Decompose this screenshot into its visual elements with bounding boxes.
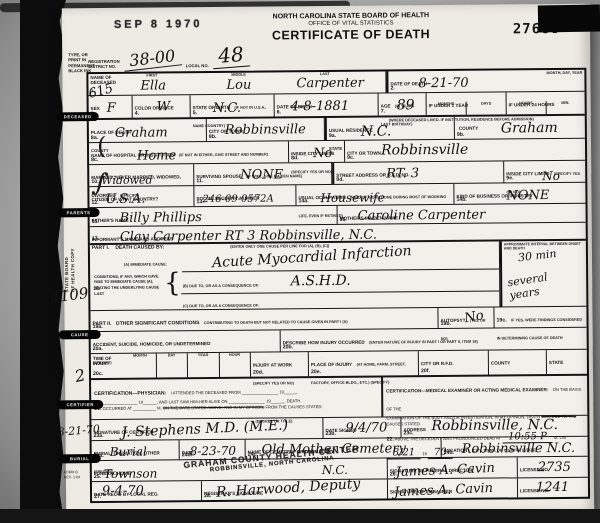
tab-parents: PARENTS <box>58 208 100 217</box>
field-num: 20b. <box>283 344 293 350</box>
field-sublabel: MONTH, DAY, YEAR <box>546 71 582 75</box>
field-part2-conditions: PART II. OTHER SIGNIFICANT CONDITIONS CO… <box>90 308 438 331</box>
field-date-received: DATE REC'D BY LOCAL REG. 27. 9-4-70 <box>92 481 202 501</box>
field-num: 8b. <box>209 134 217 140</box>
field-num: 23c. <box>403 430 413 436</box>
col-header-middle: MIDDLE <box>231 73 246 77</box>
field-date-of-death: DATE OF DEATH MONTH, DAY, YEAR 2. 8-21-7… <box>386 70 584 93</box>
registration-district-value: 38-00 <box>123 45 183 71</box>
hw-autopsy: No <box>463 308 485 326</box>
col-year: YEAR <box>188 353 220 377</box>
form-note-line2: REV. 1-69 <box>64 475 80 479</box>
under-1yr-columns: MONTHS DAYS <box>427 101 506 115</box>
field-residence-county: COUNTY 9b. Graham <box>455 116 585 139</box>
field-num: 7. <box>381 108 385 114</box>
hw-industry: NONE <box>506 188 549 203</box>
certification-physician: CERTIFICATION—PHYSICIAN: I ATTENDED THE … <box>91 378 383 420</box>
hw-date-signed: 9/4/70 <box>345 420 387 435</box>
field-mother-name: MOTHER'S MAIDEN NAME 16. Caroline Carpen… <box>338 204 586 224</box>
field-time-of-injury: TIME OF INJURY 20c. MONTH DAY YEAR HOUR <box>91 353 251 378</box>
margin-handwritten-4109: 4109 <box>49 284 89 307</box>
field-res-inside-city-limits: INSIDE CITY LIMITS (SPECIFY YES OR NO) 9… <box>504 161 585 183</box>
certificate-header: SEP 8 1970 REGISTRATION DISTRICT NO. 38-… <box>86 4 587 72</box>
field-occupation: USUAL OCCUPATION (KIND OF WORK DONE DURI… <box>296 184 454 205</box>
local-no-value: 48 <box>212 41 251 69</box>
field-injury-at-work: INJURY AT WORK (SPECIFY YES OR NO) 20d. <box>251 352 309 377</box>
field-num: 25. <box>94 474 101 480</box>
field-num: 14b. <box>456 197 466 203</box>
hw-funeral-director: James A. Cavin <box>396 461 496 480</box>
field-num: 27. <box>94 494 101 500</box>
field-sublabel: (ENTER NATURE OF INJURY IN PART I OR PAR… <box>369 340 478 345</box>
hw-first-name: Ella <box>140 78 166 93</box>
conditions-note: CONDITIONS, IF ANY, WHICH GAVE RISE TO I… <box>90 272 164 313</box>
field-street-address: STREET ADDRESS OR R.F.D. No. 9d. RT. 3 <box>332 161 504 184</box>
cert-me-title: CERTIFICATION—MEDICAL EXAMINER OR ACTING… <box>386 387 548 393</box>
field-injury-city: CITY OR R.F.D. 20f. <box>419 351 489 376</box>
hw-burial-type: Burial <box>110 445 147 459</box>
cert-physician-line1: I ATTENDED THE DECEASED FROM ___________… <box>171 389 298 395</box>
hw-mother: Caroline Carpenter <box>358 208 486 224</box>
field-num: 16. <box>340 217 347 223</box>
field-label: TIME OF INJURY <box>93 356 123 367</box>
part1-label: PART I. <box>92 246 109 252</box>
field-num: 15. <box>92 219 99 225</box>
field-accident-suicide-homicide: ACCIDENT, SUICIDE, HOMICIDE, OR UNDETERM… <box>91 330 281 353</box>
margin-instruction: TYPE, OR PRINT IN PERMANENT BLACK INK <box>68 52 98 73</box>
field-num: 28. <box>204 493 211 499</box>
field-cemetery-location: LOCATION (CITY, TOWN, OR COUNTY) (STATE)… <box>442 437 588 457</box>
field-sublabel: (IF NOT IN EITHER, GIVE STREET AND NUMBE… <box>179 153 268 158</box>
field-ssn: SOCIAL SECURITY NUMBER 13. 246-09-0572A <box>194 185 296 206</box>
field-if-under-1-year: IF UNDER 1 YEAR MONTHS DAYS <box>427 92 507 115</box>
hw-res-state: N.C. <box>361 123 392 139</box>
field-num: 24d. <box>444 450 454 456</box>
line-a-label: (a) IMMEDIATE CAUSE: <box>124 262 167 266</box>
field-if-under-24-hours: IF UNDER 24 HOURS HOURS MIN. <box>507 92 585 115</box>
field-date-of-birth: DATE OF BIRTH 6. 4-8-1881 <box>275 94 379 117</box>
registration-line: REGISTRATION DISTRICT NO. 38-00 LOCAL NO… <box>88 43 250 69</box>
col-days: DAYS <box>467 101 506 114</box>
hw-last-name: Carpenter <box>296 76 364 92</box>
field-num: 17. <box>92 236 99 242</box>
form-number-note: FORM B REV. 1-69 <box>64 470 80 479</box>
hw-race: W <box>157 99 171 114</box>
field-label: INJURY AT WORK <box>253 362 292 367</box>
col-min: MIN. <box>546 101 585 114</box>
field-num: 23b. <box>325 431 335 437</box>
form-note-line1: FORM B <box>64 470 78 474</box>
field-state-of-birth: STATE OF BIRTH (IF NOT IN U.S.A., NAME C… <box>191 94 275 117</box>
margin-mark-1: ( <box>97 132 107 160</box>
field-num: 20d. <box>253 370 263 376</box>
hw-pod-city: Robbinsville <box>225 122 306 138</box>
field-informant: INFORMANT'S NAME AND ADDRESS 17. Clay Ca… <box>90 223 586 243</box>
field-industry: KIND OF BUSINESS OR INDUSTRY 14b. NONE <box>454 183 585 204</box>
col-hours: HOURS <box>507 101 547 114</box>
field-name-of-deceased: NAME OF DECEASED 1. FIRST MIDDLE LAST El… <box>88 71 386 95</box>
col-day: DAY <box>156 353 188 377</box>
received-date-stamp: SEP 8 1970 <box>114 18 203 31</box>
field-num: 20a. <box>93 346 103 352</box>
field-surviving-spouse: SURVIVING SPOUSE (IF WIFE, GIVE MAIDEN N… <box>194 163 332 185</box>
col-header-first: FIRST <box>146 73 157 77</box>
field-place-of-death-county: PLACE OF DEATH COUNTY 8a. Graham <box>89 119 207 142</box>
cause-line-a: (a) IMMEDIATE CAUSE: Acute Myocardial In… <box>182 249 499 272</box>
hw-middle-name: Lou <box>226 78 251 93</box>
field-signature-of-certifier: SIGNATURE OF CERTIFIER (DEGREE OR TITLE)… <box>91 418 323 440</box>
hw-funeral-home-state: N.C. <box>322 463 348 477</box>
scanned-death-certificate: TYPE, OR PRINT IN PERMANENT BLACK INK 61… <box>0 0 600 523</box>
field-label: STATE <box>549 360 563 365</box>
field-num: 9b. <box>457 132 465 138</box>
tab-burial: BURIAL <box>59 454 101 463</box>
injury-time-columns: MONTH DAY YEAR HOUR <box>125 353 250 378</box>
line-b-label: (b) DUE TO, OR AS A CONSEQUENCE OF: <box>183 283 260 288</box>
field-autopsy: AUTOPSY? (YES OR NO) 19b. No <box>438 308 494 328</box>
tab-certifier: CERTIFIER <box>57 400 103 409</box>
field-num: 18. <box>93 286 100 292</box>
part2-header: OTHER SIGNIFICANT CONDITIONS <box>116 320 200 327</box>
hw-date-of-birth: 4-8-1881 <box>291 99 350 115</box>
hw-pod-county: Graham <box>115 125 168 140</box>
col-month: MONTH <box>125 354 157 378</box>
hw-res-city: Robbinsville <box>381 142 468 159</box>
field-num: 8d. <box>291 155 299 161</box>
field-embalmer-license: LICENSE NO. 1241 <box>518 478 588 498</box>
cause-lines-bc: (b) DUE TO, OR AS A CONSEQUENCE OF: A.S.… <box>181 269 500 312</box>
field-label: CITY OR R.F.D. <box>421 361 454 366</box>
book-binding-edge <box>20 0 66 523</box>
field-label: PLACE OF INJURY <box>311 362 352 367</box>
hw-citizen: U.S.A. <box>105 192 145 207</box>
brace-glyph: { <box>164 272 181 312</box>
field-num: 6. <box>277 109 281 115</box>
field-embalmer-signature: SIGNATURE OF EMBALMER James A. Cavin <box>388 478 518 498</box>
cert-physician-title: CERTIFICATION—PHYSICIAN: <box>94 390 166 397</box>
field-injury-county: COUNTY <box>489 350 547 375</box>
field-residence-city: CITY OR TOWN 9c. Robbinsville <box>345 139 585 162</box>
cert-physician-line3: 21. OCCURRED AT __________ M. ON THE DAT… <box>94 404 378 413</box>
field-race: COLOR OR RACE 4. W <box>133 95 191 118</box>
field-num: 20c. <box>93 371 103 377</box>
local-no-label: LOCAL NO. <box>186 63 209 68</box>
hw-state-of-birth: N.C. <box>213 101 241 116</box>
hw-father: Billy Phillips <box>120 210 202 226</box>
field-num: 20f. <box>421 368 430 374</box>
hw-director-license: 2735 <box>538 460 571 475</box>
under-24h-columns: HOURS MIN. <box>507 101 585 115</box>
field-place-of-death-city: CITY OR TOWN 8b. Robbinsville <box>207 118 325 141</box>
hw-res-inside-city: No <box>542 169 560 183</box>
hw-occupation: Housewife <box>320 191 384 206</box>
margin-handwritten-2: 2 <box>73 365 87 386</box>
field-label: COUNTY <box>459 126 478 131</box>
hw-interval-a: 30 min <box>517 247 557 264</box>
scan-bottom-shadow <box>0 509 600 523</box>
cause-line-b: (b) DUE TO, OR AS A CONSEQUENCE OF: A.S.… <box>181 269 500 294</box>
field-num: 9e. <box>506 175 513 181</box>
field-registrar-signature: REGISTRAR'S SIGNATURE 28. R. Harwood, De… <box>202 479 388 500</box>
field-num: 14a. <box>298 198 308 204</box>
tab-deceased: DECEASED <box>57 112 99 121</box>
hw-res-county: Graham <box>501 120 558 136</box>
field-funeral-director-signature: SIGNATURE OF FUNERAL DIRECTOR 26. James … <box>388 457 518 478</box>
field-findings-considered: 19c. IF YES, WERE FINDINGS CONSIDERED IN… <box>494 307 586 328</box>
field-father-name: FATHER'S NAME 15. Billy Phillips <box>90 206 338 226</box>
field-pod-inside-city-limits: INSIDE CITY LIMITS (SPECIFY YES OR NO) 8… <box>289 141 345 162</box>
field-num: 19b. <box>441 321 451 327</box>
certification-medical-examiner: CERTIFICATION—MEDICAL EXAMINER OR ACTING… <box>383 376 587 417</box>
hw-cemetery-location: Robbinsville N.C. <box>462 441 576 457</box>
hw-hospital: Home <box>137 148 176 163</box>
field-date-signed: DATE SIGNED 23b. 9/4/70 <box>323 417 401 438</box>
hw-ssn: 246-09-0572A <box>202 193 273 205</box>
form-row: DATE REC'D BY LOCAL REG. 27. 9-4-70 REGI… <box>92 478 588 501</box>
hw-pod-inside-city: No <box>313 146 332 161</box>
field-burial-type: BURIAL, CREMATION, OTHER (SPECIFY) 24a. … <box>92 440 180 460</box>
cause-lower: CONDITIONS, IF ANY, WHICH GAVE RISE TO I… <box>90 269 499 313</box>
line-c-label: (c) DUE TO, OR AS A CONSEQUENCE OF: <box>183 303 260 308</box>
field-describe-injury: DESCRIBE HOW INJURY OCCURRED (ENTER NATU… <box>281 328 587 352</box>
col-hour: HOUR <box>219 353 250 377</box>
hw-street-address: RT. 3 <box>386 166 419 181</box>
certificate-title: CERTIFICATE OF DEATH <box>236 27 466 43</box>
hw-embalmer-license: 1241 <box>536 480 569 495</box>
field-num: 9d. <box>336 177 344 183</box>
hw-embalmer: James A. Cavin <box>394 481 494 500</box>
field-director-license: LICENSE NO. 2735 <box>518 457 588 478</box>
cause-interval-column: APPROXIMATE INTERVAL BETWEEN ONSET AND D… <box>500 241 587 307</box>
certification-row: CERTIFICATION—PHYSICIAN: I ATTENDED THE … <box>91 376 587 420</box>
hw-date-received: 9-4-70 <box>102 484 144 499</box>
redaction-block <box>538 4 600 32</box>
cause-header: DEATH CAUSED BY: <box>115 245 164 251</box>
field-label: DESCRIBE HOW INJURY OCCURRED <box>283 340 365 346</box>
field-injury-state: STATE <box>547 350 587 374</box>
line3c: FROM THE CAUSES STATED. <box>265 404 322 409</box>
hw-date-of-death: 8-21-70 <box>418 76 468 91</box>
issuing-office-block: NORTH CAROLINA STATE BOARD OF HEALTH OFF… <box>236 12 466 43</box>
field-num: 19c. <box>497 317 507 323</box>
field-num: 9c. <box>347 155 354 161</box>
hw-sex: F <box>107 101 116 116</box>
part2-note: CONTRIBUTING TO DEATH BUT NOT RELATED TO… <box>204 320 348 325</box>
field-age: AGE (IN YEARS LAST BIRTHDAY) 7. 89 <box>379 93 427 115</box>
field-hospital: NAME OF HOSPITAL OR INSTITUTION (IF NOT … <box>89 141 289 164</box>
line3b-struck: ON THE DATE STATED ABOVE; AND IN MY OPIN… <box>163 405 265 411</box>
hw-certifier-address: Robbinsville, N.C. <box>431 417 558 434</box>
hw-due-to: A.S.H.D. <box>291 273 351 290</box>
field-num: 9a. <box>329 133 336 139</box>
line3a: OCCURRED AT __________ M. <box>103 406 162 412</box>
field-num: 20e. <box>311 369 321 375</box>
hw-interval-b: several years <box>507 266 580 302</box>
tab-cause: CAUSE <box>59 330 101 339</box>
cause-of-death-block: PART I. DEATH CAUSED BY: (ENTER ONLY ONE… <box>90 241 587 311</box>
field-num: 12. <box>91 200 98 206</box>
field-num: 4. <box>135 111 139 117</box>
copy-label-line3: COPY <box>70 248 75 262</box>
field-certifier-address: ADDRESS 23c. Robbinsville, N.C. <box>401 416 587 438</box>
col-months: MONTHS <box>427 102 467 115</box>
field-label: ACCIDENT, SUICIDE, HOMICIDE, OR UNDETERM… <box>93 341 211 347</box>
field-residence-state: USUAL RESIDENCE (WHERE DECEASED LIVED. I… <box>325 117 455 140</box>
margin-copy-label: STATE BOARD OF HEALTH COPY <box>64 230 77 292</box>
field-place-of-injury: PLACE OF INJURY (AT HOME, FARM, STREET, … <box>309 351 419 376</box>
certificate-page: TYPE, OR PRINT IN PERMANENT BLACK INK 61… <box>62 4 594 517</box>
field-num: 11. <box>196 178 203 184</box>
certificate-form: NAME OF DECEASED 1. FIRST MIDDLE LAST El… <box>86 68 590 503</box>
hw-age: 89 <box>397 97 415 113</box>
field-num: 2. <box>390 85 394 91</box>
hw-certifier-signature: J. Stephens M.D. (M.E.) <box>121 417 288 440</box>
field-num: 5. <box>193 110 197 116</box>
hw-spouse: NONE <box>240 167 283 182</box>
hw-marital: Widowed <box>101 174 152 187</box>
field-label: COUNTY <box>491 360 510 365</box>
cause-part1: PART I. DEATH CAUSED BY: (ENTER ONLY ONE… <box>90 241 501 310</box>
